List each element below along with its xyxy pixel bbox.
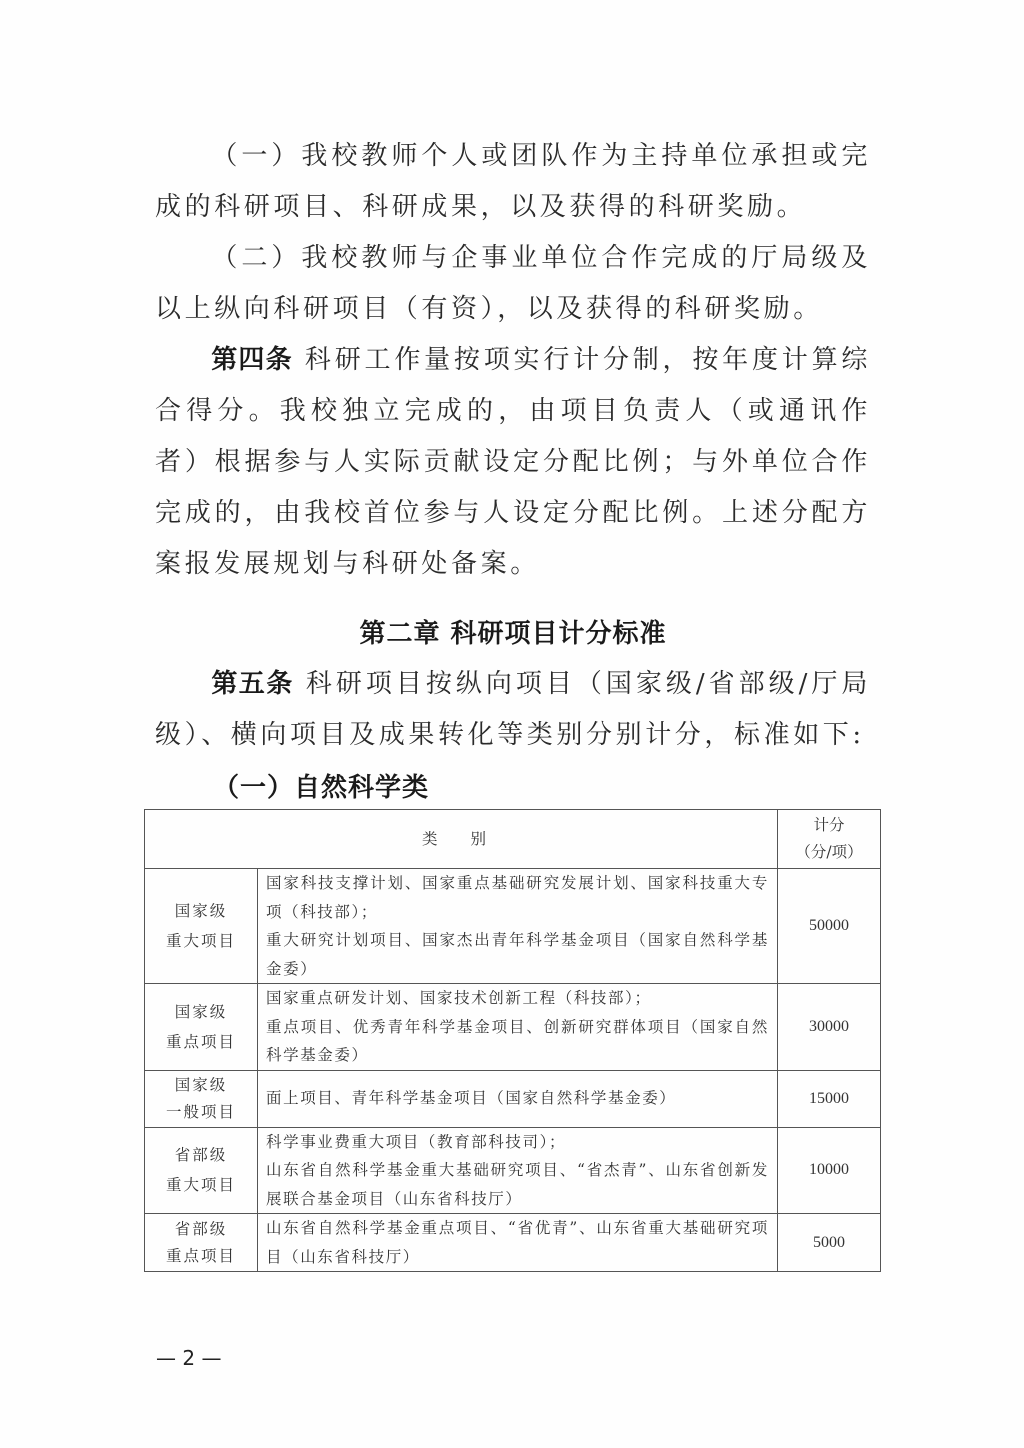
header-category: 类 别 xyxy=(145,810,778,869)
header-score-line2: （分/项） xyxy=(786,839,872,866)
paragraph-scope-2: （二）我校教师与企事业单位合作完成的厅局级及以上纵向科研项目（有资），以及获得的… xyxy=(155,233,871,335)
article-label: 第四条 xyxy=(211,345,293,375)
header-score-line1: 计分 xyxy=(786,812,872,839)
section-title: （一）自然科学类 xyxy=(213,766,429,810)
level-line: 重点项目 xyxy=(153,1243,249,1270)
table-row: 国家级 一般项目 面上项目、青年科学基金项目（国家自然科学基金委） 15000 xyxy=(145,1070,881,1127)
level-cell: 省部级 重点项目 xyxy=(145,1214,258,1272)
page-number: — 2 — xyxy=(156,1346,221,1370)
description-line: 山东省自然科学基金重点项目、“省优青”、山东省重大基础研究项目（山东省科技厅） xyxy=(266,1214,769,1271)
level-line: 国家级 xyxy=(153,896,249,926)
level-line: 重点项目 xyxy=(153,1027,249,1057)
document-page: （一）我校教师个人或团队作为主持单位承担或完成的科研项目、科研成果，以及获得的科… xyxy=(0,0,1024,1448)
paragraph-article-5: 第五条 科研项目按纵向项目（国家级/省部级/厅局级）、横向项目及成果转化等类别分… xyxy=(155,659,871,761)
description-line: 国家科技支撑计划、国家重点基础研究发展计划、国家科技重大专项（科技部）； xyxy=(266,869,769,926)
description-cell: 面上项目、青年科学基金项目（国家自然科学基金委） xyxy=(258,1070,778,1127)
score-cell: 10000 xyxy=(778,1127,881,1214)
description-line: 山东省自然科学基金重大基础研究项目、“省杰青”、山东省创新发展联合基金项目（山东… xyxy=(266,1156,769,1213)
paragraph-text: （一）我校教师个人或团队作为主持单位承担或完成的科研项目、科研成果，以及获得的科… xyxy=(155,141,871,222)
table-row: 省部级 重点项目 山东省自然科学基金重点项目、“省优青”、山东省重大基础研究项目… xyxy=(145,1214,881,1272)
level-cell: 国家级 重点项目 xyxy=(145,984,258,1071)
score-table: 类 别 计分 （分/项） 国家级 重大项目 国家科技支撑计划、国家重点基础研究发… xyxy=(144,809,881,1272)
table-header-row: 类 别 计分 （分/项） xyxy=(145,810,881,869)
level-cell: 省部级 重大项目 xyxy=(145,1127,258,1214)
description-cell: 山东省自然科学基金重点项目、“省优青”、山东省重大基础研究项目（山东省科技厅） xyxy=(258,1214,778,1272)
table-row: 国家级 重大项目 国家科技支撑计划、国家重点基础研究发展计划、国家科技重大专项（… xyxy=(145,869,881,984)
level-cell: 国家级 一般项目 xyxy=(145,1070,258,1127)
score-cell: 5000 xyxy=(778,1214,881,1272)
description-line: 科学事业费重大项目（教育部科技司）； xyxy=(266,1128,769,1157)
description-line: 国家重点研发计划、国家技术创新工程（科技部）； xyxy=(266,984,769,1013)
header-score: 计分 （分/项） xyxy=(778,810,881,869)
paragraph-text: 科研工作量按项实行计分制，按年度计算综合得分。我校独立完成的，由项目负责人（或通… xyxy=(155,345,871,579)
description-cell: 国家科技支撑计划、国家重点基础研究发展计划、国家科技重大专项（科技部）； 重大研… xyxy=(258,869,778,984)
description-cell: 国家重点研发计划、国家技术创新工程（科技部）； 重点项目、优秀青年科学基金项目、… xyxy=(258,984,778,1071)
level-line: 国家级 xyxy=(153,1072,249,1099)
table-row: 国家级 重点项目 国家重点研发计划、国家技术创新工程（科技部）； 重点项目、优秀… xyxy=(145,984,881,1071)
level-line: 重大项目 xyxy=(153,926,249,956)
score-cell: 50000 xyxy=(778,869,881,984)
chapter-title: 第二章 科研项目计分标准 xyxy=(155,612,871,656)
description-line: 重大研究计划项目、国家杰出青年科学基金项目（国家自然科学基金委） xyxy=(266,926,769,983)
score-cell: 30000 xyxy=(778,984,881,1071)
level-line: 省部级 xyxy=(153,1216,249,1243)
description-line: 面上项目、青年科学基金项目（国家自然科学基金委） xyxy=(266,1084,769,1113)
paragraph-article-4: 第四条 科研工作量按项实行计分制，按年度计算综合得分。我校独立完成的，由项目负责… xyxy=(155,335,871,590)
level-line: 省部级 xyxy=(153,1140,249,1170)
level-line: 一般项目 xyxy=(153,1099,249,1126)
level-line: 重大项目 xyxy=(153,1170,249,1200)
level-line: 国家级 xyxy=(153,997,249,1027)
description-cell: 科学事业费重大项目（教育部科技司）； 山东省自然科学基金重大基础研究项目、“省杰… xyxy=(258,1127,778,1214)
level-cell: 国家级 重大项目 xyxy=(145,869,258,984)
paragraph-text: （二）我校教师与企事业单位合作完成的厅局级及以上纵向科研项目（有资），以及获得的… xyxy=(155,243,871,324)
article-label: 第五条 xyxy=(211,669,294,699)
table-row: 省部级 重大项目 科学事业费重大项目（教育部科技司）； 山东省自然科学基金重大基… xyxy=(145,1127,881,1214)
score-cell: 15000 xyxy=(778,1070,881,1127)
description-line: 重点项目、优秀青年科学基金项目、创新研究群体项目（国家自然科学基金委） xyxy=(266,1013,769,1070)
paragraph-scope-1: （一）我校教师个人或团队作为主持单位承担或完成的科研项目、科研成果，以及获得的科… xyxy=(155,131,871,233)
